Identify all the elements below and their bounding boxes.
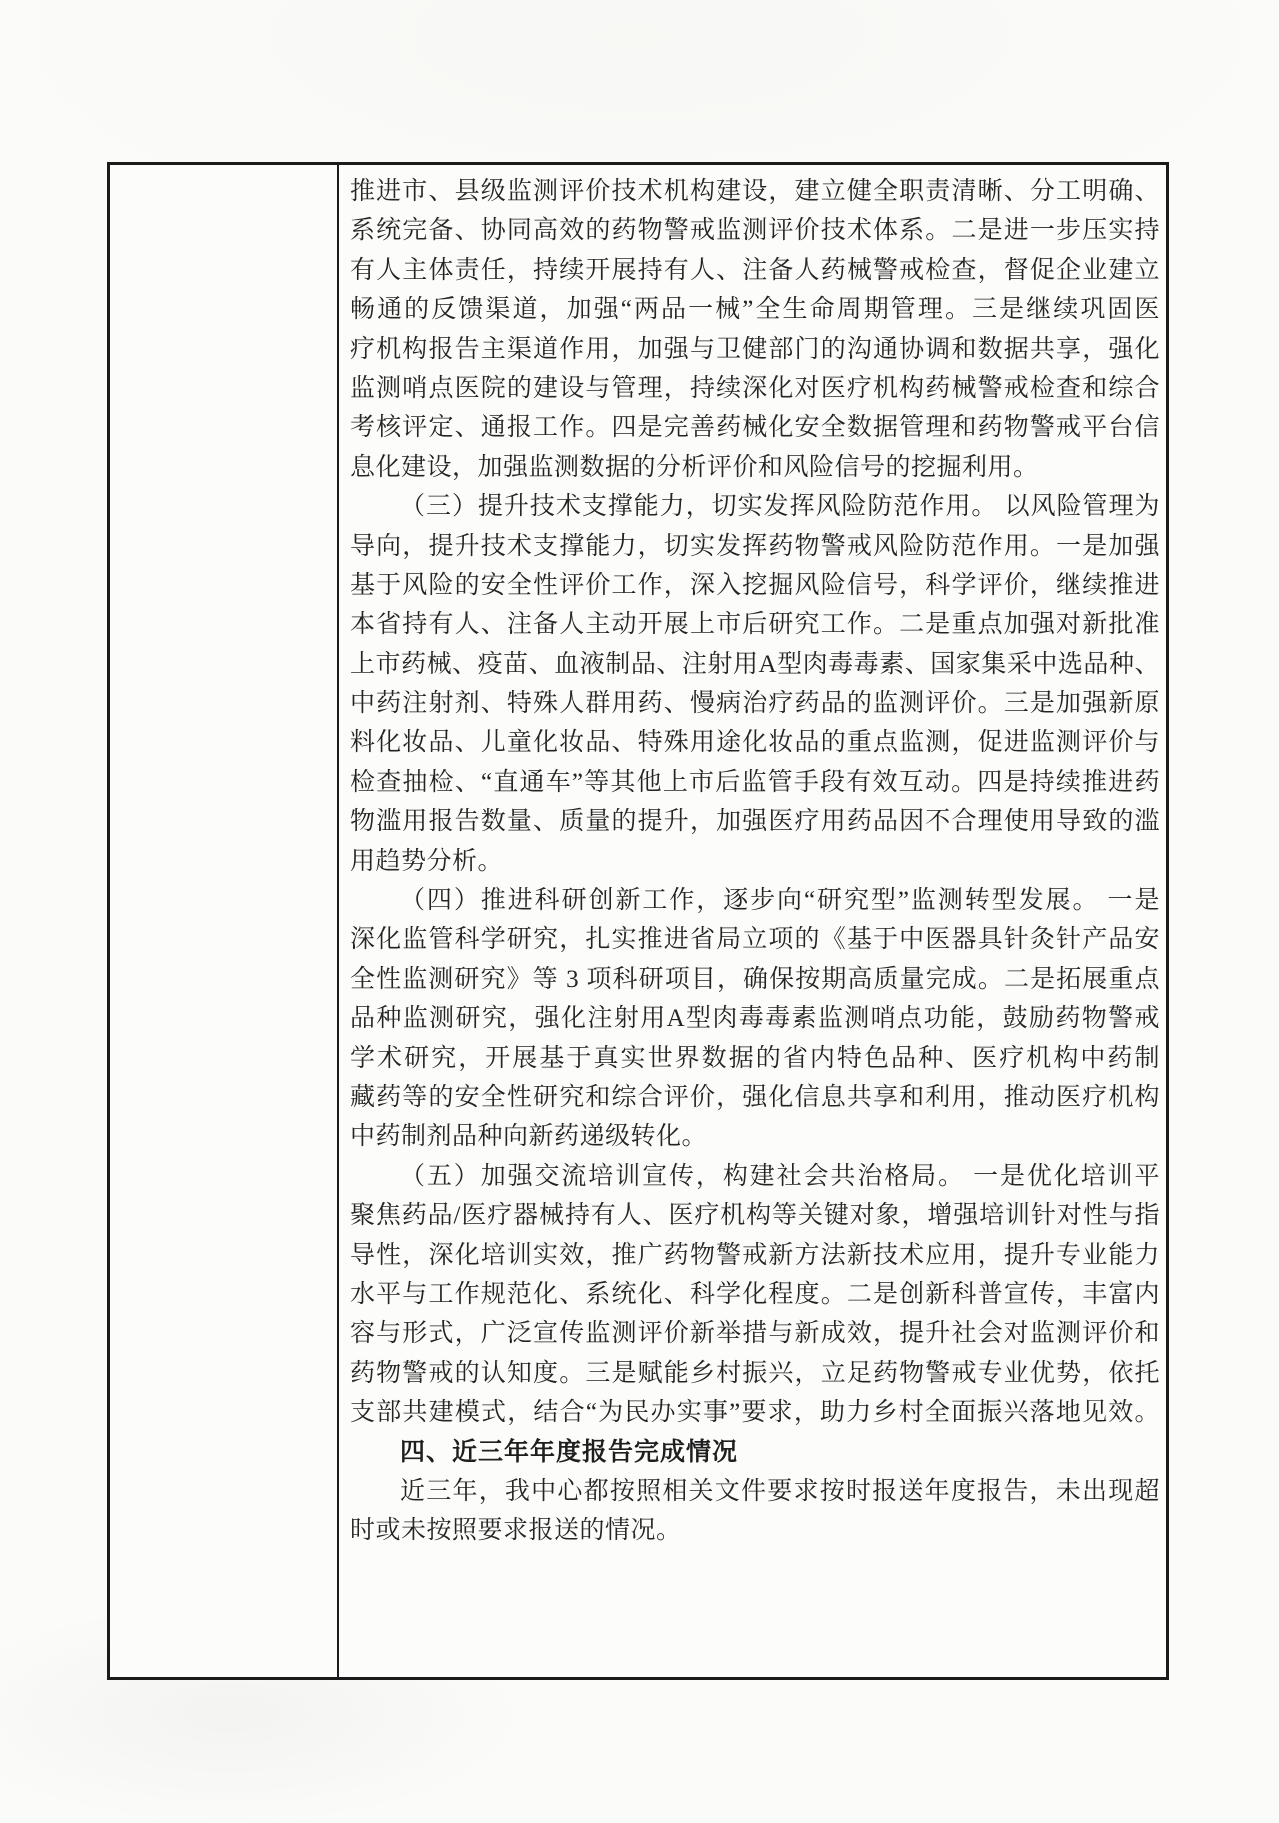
text-line: 聚焦药品/医疗器械持有人、医疗机构等关键对象，增强培训针对性与指 — [350, 1196, 1160, 1235]
text-line: 深化监管科学研究，扎实推进省局立项的《基于中医器具针灸针产品安 — [350, 920, 1160, 959]
text-line: 推进市、县级监测评价技术机构建设，建立健全职责清晰、分工明确、 — [350, 172, 1160, 211]
text-line: 近三年，我中心都按照相关文件要求按时报送年度报告，未出现超 — [350, 1472, 1160, 1511]
text-line: 检查抽检、“直通车”等其他上市后监管手段有效互动。四是持续推进药 — [350, 763, 1160, 802]
text-line: 中药注射剂、特殊人群用药、慢病治疗药品的监测评价。三是加强新原 — [350, 684, 1160, 723]
text-line: 有人主体责任，持续开展持有人、注备人药械警戒检查，督促企业建立 — [350, 251, 1160, 290]
text-line: 藏药等的安全性研究和综合评价，强化信息共享和利用，推动医疗机构 — [350, 1078, 1160, 1117]
text-line: 监测哨点医院的建设与管理，持续深化对医疗机构药械警戒检查和综合 — [350, 369, 1160, 408]
text-line: 品种监测研究，强化注射用A型肉毒毒素监测哨点功能，鼓励药物警戒 — [350, 999, 1160, 1038]
text-line: 导性，深化培训实效，推广药物警戒新方法新技术应用，提升专业能力 — [350, 1236, 1160, 1275]
text-line: 容与形式，广泛宣传监测评价新举措与新成效，提升社会对监测评价和 — [350, 1314, 1160, 1353]
text-line: 物滥用报告数量、质量的提升，加强医疗用药品因不合理使用导致的滥 — [350, 802, 1160, 841]
text-line: 药物警戒的认知度。三是赋能乡村振兴，立足药物警戒专业优势，依托 — [350, 1354, 1160, 1393]
text-line: 水平与工作规范化、系统化、科学化程度。二是创新科普宣传，丰富内 — [350, 1275, 1160, 1314]
row-label-cell — [110, 165, 339, 1677]
content-cell: 推进市、县级监测评价技术机构建设，建立健全职责清晰、分工明确、系统完备、协同高效… — [339, 165, 1166, 1677]
text-line: （三）提升技术支撑能力，切实发挥风险防范作用。 以风险管理为 — [350, 487, 1160, 526]
text-line: 畅通的反馈渠道，加强“两品一械”全生命周期管理。三是继续巩固医 — [350, 290, 1160, 329]
text-line: （五）加强交流培训宣传，构建社会共治格局。 一是优化培训平台， — [350, 1157, 1160, 1196]
text-line: 导向，提升技术支撑能力，切实发挥药物警戒风险防范作用。一是加强 — [350, 527, 1160, 566]
document-table: 推进市、县级监测评价技术机构建设，建立健全职责清晰、分工明确、系统完备、协同高效… — [107, 162, 1169, 1680]
text-line: 中药制剂品种向新药递级转化。 — [350, 1117, 1160, 1156]
text-line: 学术研究，开展基于真实世界数据的省内特色品种、医疗机构中药制剂、 — [350, 1039, 1160, 1078]
text-line: 基于风险的安全性评价工作，深入挖掘风险信号，科学评价，继续推进 — [350, 566, 1160, 605]
section-heading: 四、近三年年度报告完成情况 — [350, 1433, 1160, 1472]
text-line: 系统完备、协同高效的药物警戒监测评价技术体系。二是进一步压实持 — [350, 211, 1160, 250]
text-line: 支部共建模式，结合“为民办实事”要求，助力乡村全面振兴落地见效。 — [350, 1393, 1160, 1432]
text-line: 考核评定、通报工作。四是完善药械化安全数据管理和药物警戒平台信 — [350, 408, 1160, 447]
text-line: 料化妆品、儿童化妆品、特殊用途化妆品的重点监测，促进监测评价与 — [350, 723, 1160, 762]
text-line: 息化建设，加强监测数据的分析评价和风险信号的挖掘利用。 — [350, 448, 1160, 487]
text-line: 全性监测研究》等 3 项科研项目，确保按期高质量完成。二是拓展重点 — [350, 960, 1160, 999]
text-line: （四）推进科研创新工作，逐步向“研究型”监测转型发展。 一是 — [350, 881, 1160, 920]
text-line: 上市药械、疫苗、血液制品、注射用A型肉毒毒素、国家集采中选品种、 — [350, 645, 1160, 684]
text-line: 疗机构报告主渠道作用，加强与卫健部门的沟通协调和数据共享，强化 — [350, 330, 1160, 369]
text-line: 时或未按照要求报送的情况。 — [350, 1511, 1160, 1550]
text-line: 用趋势分析。 — [350, 842, 1160, 881]
scanned-page: 推进市、县级监测评价技术机构建设，建立健全职责清晰、分工明确、系统完备、协同高效… — [0, 0, 1279, 1823]
text-line: 本省持有人、注备人主动开展上市后研究工作。二是重点加强对新批准 — [350, 605, 1160, 644]
